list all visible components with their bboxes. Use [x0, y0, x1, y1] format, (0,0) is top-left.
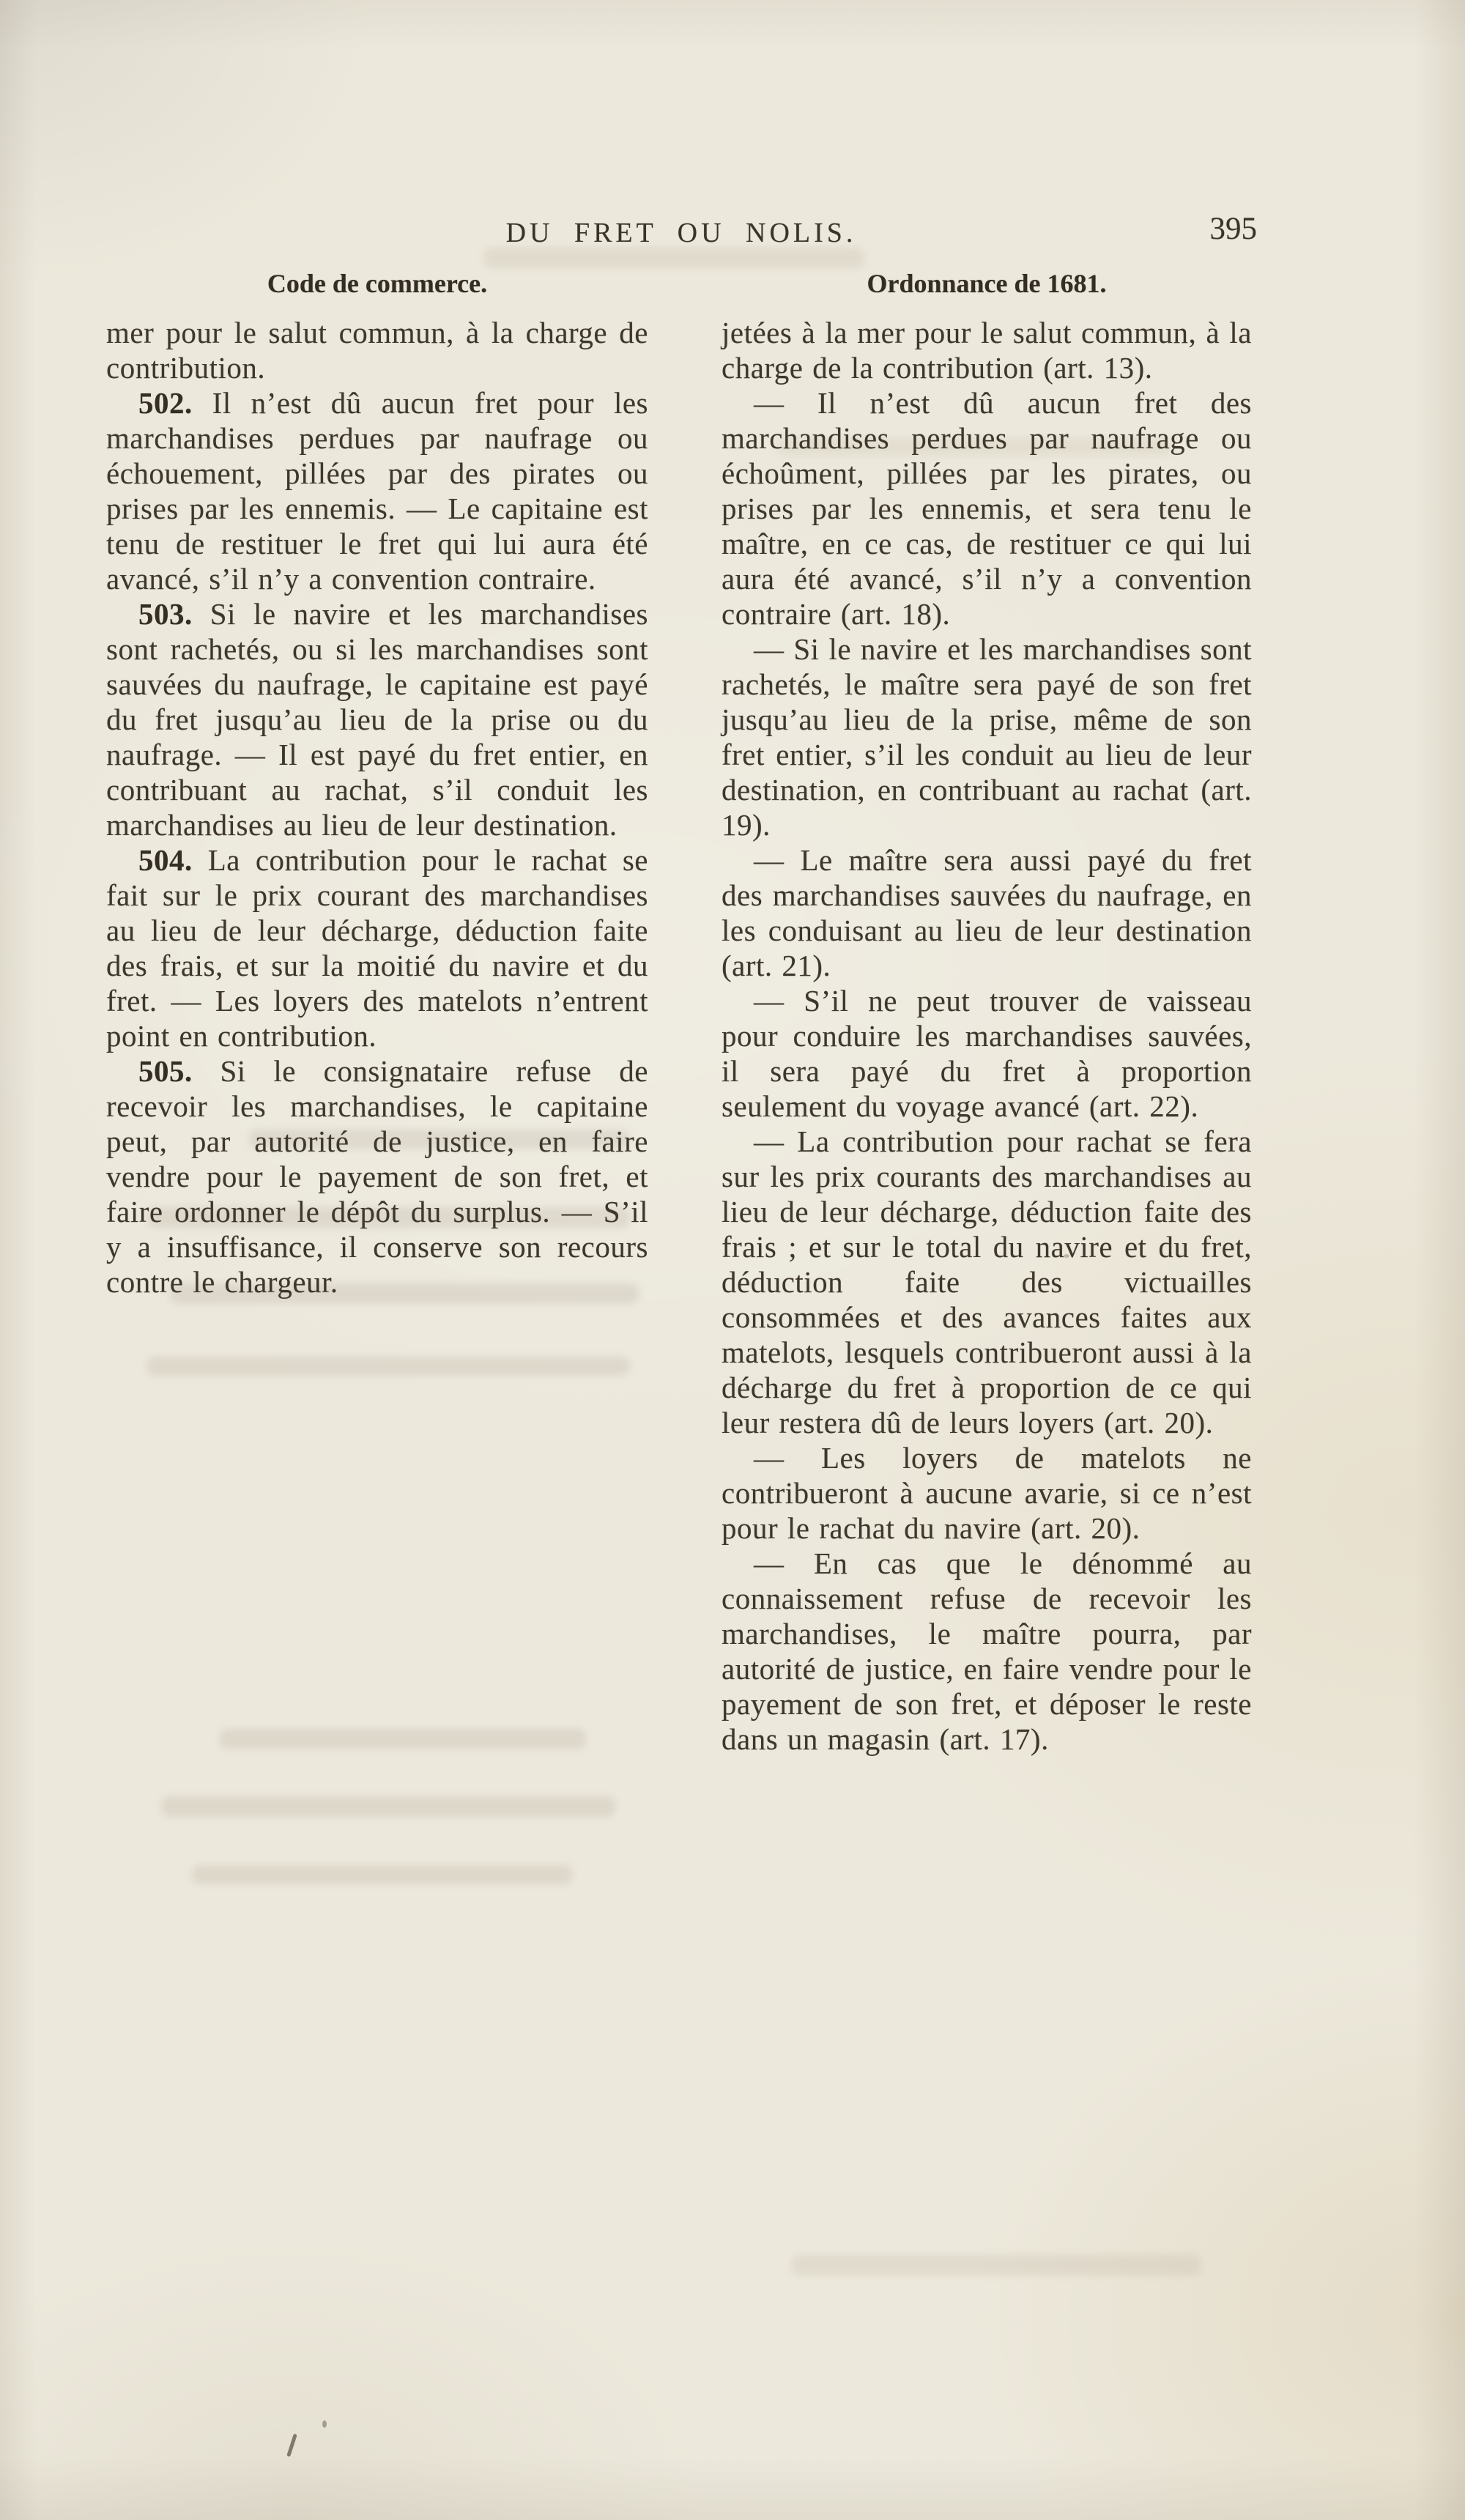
- ordonnance-paragraph-art17: — En cas que le dénommé au connaissement…: [722, 1546, 1252, 1757]
- showthrough-ghost: [791, 2255, 1201, 2275]
- paragraph-text: — Le maître sera aussi payé du fret des …: [722, 843, 1252, 982]
- pen-stroke-mark: [286, 2434, 297, 2457]
- article-paragraph-503: 503. Si le navire et les marchandises so…: [106, 596, 648, 842]
- paragraph-text: — Les loyers de matelots ne contribueron…: [722, 1441, 1252, 1545]
- showthrough-ghost: [192, 1865, 573, 1884]
- paragraph-text: — Il n’est dû aucun fret des marchandise…: [722, 386, 1252, 631]
- left-column-code-de-commerce: mer pour le salut commun, à la charge de…: [106, 315, 648, 1300]
- ordonnance-paragraph-art20-contribution: — La contribution pour rachat se fera su…: [722, 1124, 1252, 1440]
- article-text: Si le navire et les marchandises sont ra…: [106, 597, 648, 842]
- article-number: 505.: [138, 1054, 193, 1088]
- running-head: DU FRET OU NOLIS.: [110, 217, 1253, 249]
- paragraph-text: — La contribution pour rachat se fera su…: [722, 1124, 1252, 1439]
- showthrough-ghost: [483, 248, 864, 268]
- ordonnance-paragraph-art13: jetées à la mer pour le salut commun, à …: [722, 315, 1252, 385]
- paragraph-text: jetées à la mer pour le salut commun, à …: [722, 316, 1252, 385]
- paragraph-text: — S’il ne peut trouver de vaisseau pour …: [722, 984, 1252, 1123]
- showthrough-ghost: [220, 1729, 586, 1749]
- article-paragraph-504: 504. La contribution pour le rachat se f…: [106, 842, 648, 1053]
- ordonnance-paragraph-art21: — Le maître sera aussi payé du fret des …: [722, 842, 1252, 983]
- showthrough-ghost: [146, 1357, 630, 1376]
- article-text: Si le consignataire refuse de recevoir l…: [106, 1054, 648, 1299]
- page-number: 395: [1210, 211, 1258, 247]
- ink-dot-mark: [322, 2420, 327, 2428]
- paragraph-text: — Si le navire et les marchandises sont …: [722, 632, 1252, 842]
- article-number: 502.: [138, 386, 193, 420]
- right-column-heading: Ordonnance de 1681.: [722, 268, 1252, 299]
- article-number: 503.: [138, 597, 193, 631]
- article-number: 504.: [138, 843, 193, 877]
- ordonnance-paragraph-art19: — Si le navire et les marchandises sont …: [722, 631, 1252, 842]
- continuation-paragraph: mer pour le salut commun, à la charge de…: [106, 315, 648, 385]
- paragraph-text: mer pour le salut commun, à la charge de…: [106, 316, 648, 385]
- article-paragraph-502: 502. Il n’est dû aucun fret pour les mar…: [106, 385, 648, 596]
- ordonnance-paragraph-art22: — S’il ne peut trouver de vaisseau pour …: [722, 983, 1252, 1124]
- right-column-ordonnance-1681: jetées à la mer pour le salut commun, à …: [722, 315, 1252, 1757]
- paragraph-text: — En cas que le dénommé au connaissement…: [722, 1546, 1252, 1756]
- showthrough-ghost: [161, 1796, 615, 1817]
- ordonnance-paragraph-art20-loyers: — Les loyers de matelots ne contribueron…: [722, 1440, 1252, 1546]
- left-column-heading: Code de commerce.: [106, 268, 648, 299]
- ordonnance-paragraph-art18: — Il n’est dû aucun fret des marchandise…: [722, 385, 1252, 631]
- article-paragraph-505: 505. Si le consignataire refuse de recev…: [106, 1053, 648, 1300]
- scanned-book-page: DU FRET OU NOLIS. 395 Code de commerce. …: [0, 0, 1465, 2520]
